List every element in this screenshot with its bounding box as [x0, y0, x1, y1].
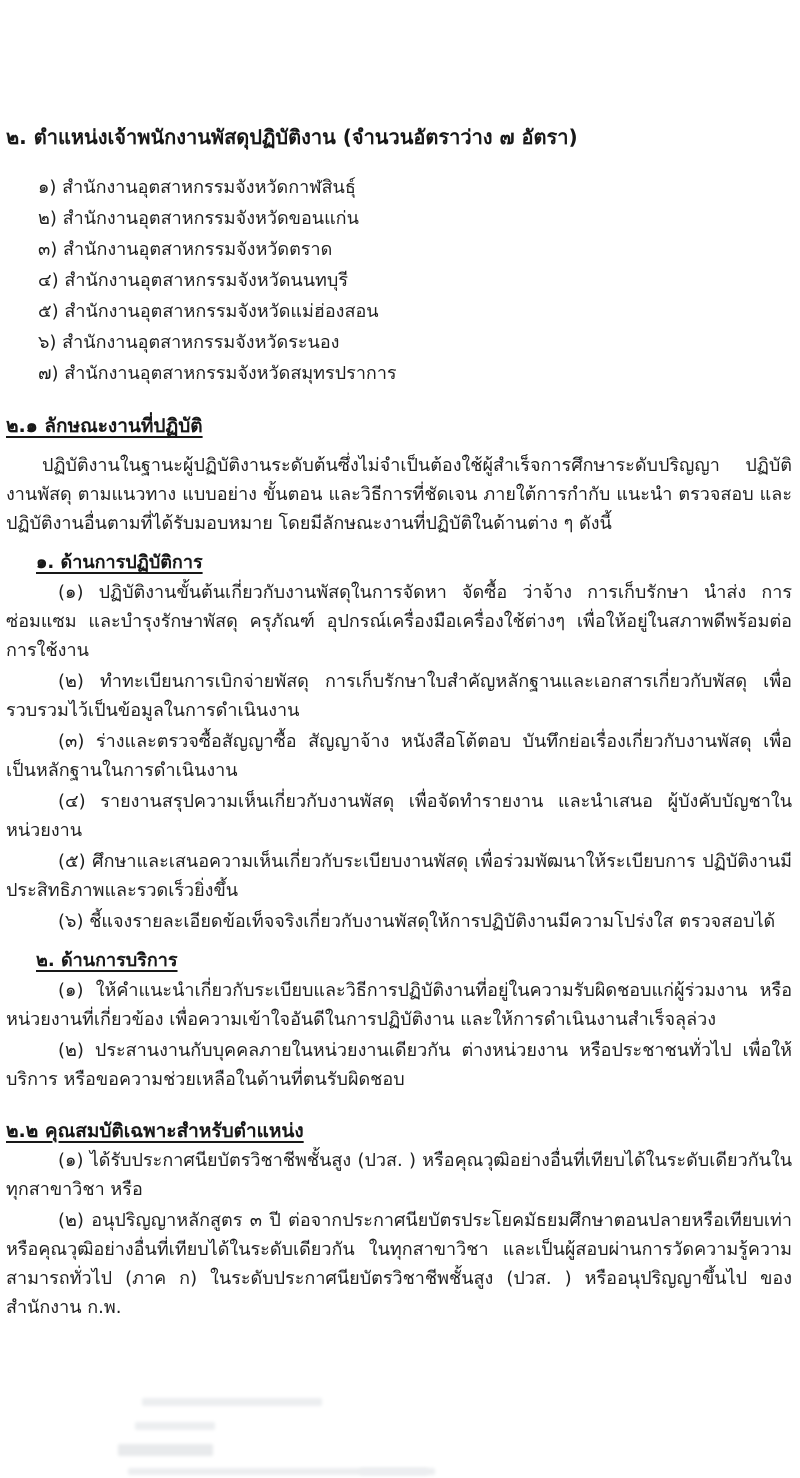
vacancy-location-list: ๑) สำนักงานอุตสาหกรรมจังหวัดกาฬสินธุ์ ๒)… — [6, 172, 792, 389]
operations-item-1: (๑) ปฏิบัติงานขั้นต้นเกี่ยวกับงานพัสดุใน… — [6, 578, 792, 665]
section-qualifications-heading: ๒.๒ คุณสมบัติเฉพาะสำหรับตำแหน่ง — [6, 1118, 792, 1144]
vacancy-location-4: ๔) สำนักงานอุตสาหกรรมจังหวัดนนทบุรี — [38, 265, 792, 296]
section-qualifications-heading-text: ๒.๒ คุณสมบัติเฉพาะสำหรับตำแหน่ง — [6, 1120, 304, 1142]
service-item-2: (๒) ประสานงานกับบุคคลภายในหน่วยงานเดียวก… — [6, 1036, 792, 1094]
qualification-item-2: (๒) อนุปริญญาหลักสูตร ๓ ปี ต่อจากประกาศน… — [6, 1206, 792, 1322]
scanned-document-page: ๒. ตำแหน่งเจ้าพนักงานพัสดุปฏิบัติงาน (จำ… — [0, 0, 800, 1478]
operations-item-5: (๕) ศึกษาและเสนอความเห็นเกี่ยวกับระเบียบ… — [6, 847, 792, 905]
operations-subheading: ๑. ด้านการปฏิบัติการ — [36, 550, 792, 576]
vacancy-location-1: ๑) สำนักงานอุตสาหกรรมจังหวัดกาฬสินธุ์ — [38, 172, 792, 203]
position-title: ๒. ตำแหน่งเจ้าพนักงานพัสดุปฏิบัติงาน (จำ… — [6, 122, 792, 152]
bleed-through-artifact — [142, 1398, 322, 1406]
bleed-through-artifact — [118, 1444, 213, 1456]
section-duties-heading: ๒.๑ ลักษณะงานที่ปฏิบัติ — [6, 413, 792, 439]
vacancy-location-5: ๕) สำนักงานอุตสาหกรรมจังหวัดแม่ฮ่องสอน — [38, 296, 792, 327]
bleed-through-artifact — [135, 1422, 215, 1430]
vacancy-location-7: ๗) สำนักงานอุตสาหกรรมจังหวัดสมุทรปราการ — [38, 358, 792, 389]
qualification-item-1: (๑) ได้รับประกาศนียบัตรวิชาชีพชั้นสูง (ป… — [6, 1146, 792, 1204]
operations-item-3: (๓) ร่างและตรวจซื้อสัญญาซื้อ สัญญาจ้าง ห… — [6, 727, 792, 785]
vacancy-location-2: ๒) สำนักงานอุตสาหกรรมจังหวัดขอนแก่น — [38, 203, 792, 234]
vacancy-location-6: ๖) สำนักงานอุตสาหกรรมจังหวัดระนอง — [38, 327, 792, 358]
bleed-through-artifact — [128, 1468, 428, 1475]
service-subheading: ๒. ด้านการบริการ — [36, 948, 792, 974]
bleed-through-artifact — [360, 1468, 435, 1475]
service-item-1: (๑) ให้คำแนะนำเกี่ยวกับระเบียบและวิธีการ… — [6, 976, 792, 1034]
operations-item-2: (๒) ทำทะเบียนการเบิกจ่ายพัสดุ การเก็บรัก… — [6, 667, 792, 725]
service-subheading-text: ๒. ด้านการบริการ — [36, 950, 178, 971]
document-content: ๒. ตำแหน่งเจ้าพนักงานพัสดุปฏิบัติงาน (จำ… — [0, 0, 800, 1322]
vacancy-location-3: ๓) สำนักงานอุตสาหกรรมจังหวัดตราด — [38, 234, 792, 265]
operations-item-6: (๖) ชี้แจงรายละเอียดข้อเท็จจริงเกี่ยวกับ… — [6, 907, 792, 936]
operations-subheading-text: ๑. ด้านการปฏิบัติการ — [36, 552, 203, 573]
operations-item-4: (๔) รายงานสรุปความเห็นเกี่ยวกับงานพัสดุ … — [6, 787, 792, 845]
section-duties-heading-text: ๒.๑ ลักษณะงานที่ปฏิบัติ — [6, 415, 203, 437]
duties-intro-paragraph: ปฏิบัติงานในฐานะผู้ปฏิบัติงานระดับต้นซึ่… — [6, 451, 792, 538]
